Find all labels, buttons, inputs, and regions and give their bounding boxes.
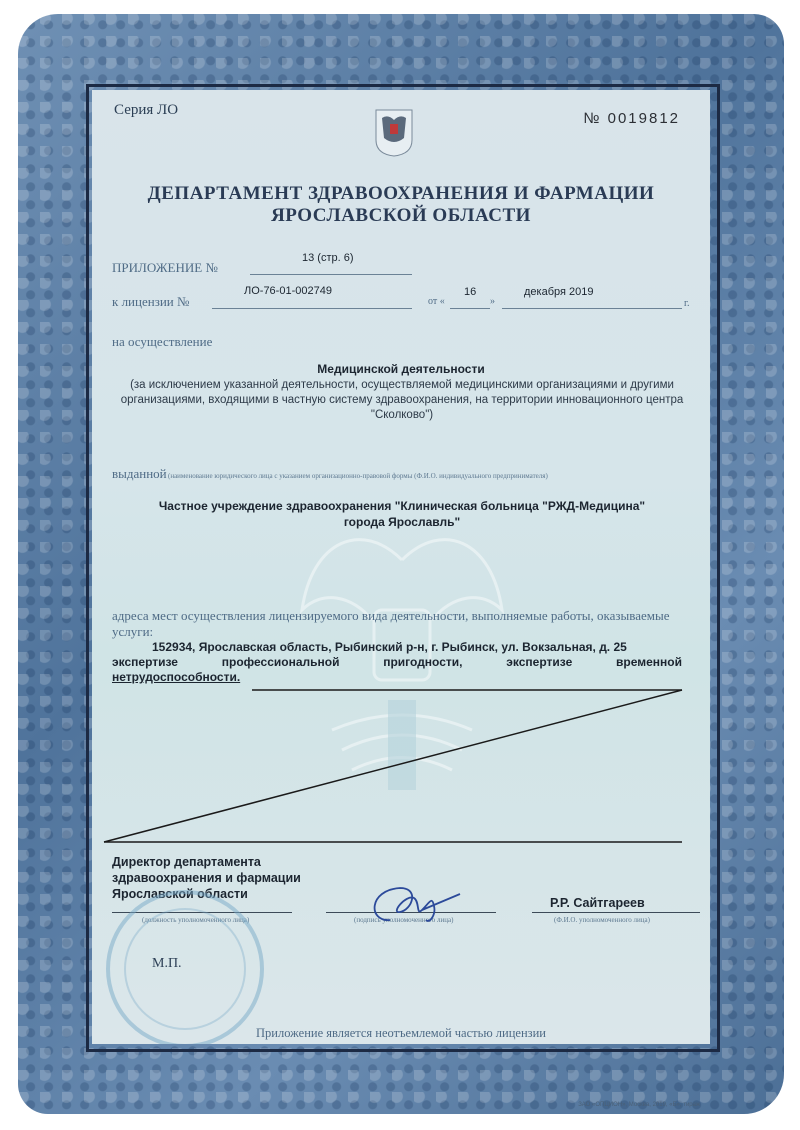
name-signature-line (532, 912, 700, 913)
stamp-label: М.П. (152, 956, 182, 972)
name-caption: (Ф.И.О. уполномоченного лица) (554, 916, 650, 924)
director-position-line2: здравоохранения и фармации (112, 870, 301, 886)
director-position-line1: Директор департамента (112, 854, 301, 870)
handwritten-signature-icon (360, 880, 470, 930)
print-mark: ЗАО «ОПЦИОН», Москва, 2019, «Б», тираж (578, 1102, 700, 1108)
official-stamp (106, 890, 264, 1044)
signatory-name: Р.Р. Сайтгареев (550, 896, 645, 910)
footer-note: Приложение является неотъемлемой частью … (92, 1026, 710, 1041)
license-appendix-document: Серия ЛО № 0019812 ДЕПАРТАМЕНТ ЗДРАВООХР… (92, 90, 710, 1044)
